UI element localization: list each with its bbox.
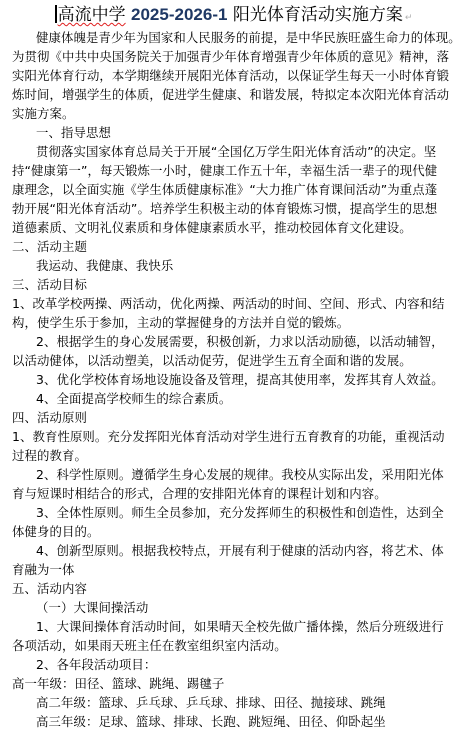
section1-line: 道德素质、文明礼仪素质和身体健康素质水平，推动校园体育文化建设。	[12, 219, 460, 238]
section-heading-principles: 四、活动原则	[12, 409, 460, 428]
intro-line: 实阳光体育行动，本学期继续开展阳光体育活动，以保证学生每天一小时体育锻	[12, 67, 460, 86]
goal-item: 3、优化学校体育场地设施设备及管理，提高其使用率，发挥其育人效益。	[36, 371, 467, 390]
section1-line: 康理念，以全面实施《学生体质健康标准》“大力推广体育课间活动”为重点蓬	[12, 181, 460, 200]
goal-item: 构，使学生乐于参加，主动的掌握健身的方法并自觉的锻炼。	[12, 314, 460, 333]
title-text: 阳光体育活动实施方案	[233, 5, 403, 25]
activity-theme: 我运动、我健康、我快乐	[36, 257, 467, 276]
principle-item: 3、全体性原则。师生全员参加，充分发挥师生的积极性和创造性，达到全	[36, 504, 467, 523]
intro-line: 实施方案。	[12, 105, 460, 124]
goal-item: 以活动健体，以活动塑美，以活动促劳，促进学生五育全面和谐的发展。	[12, 352, 460, 371]
content-line: 1、大课间操体育活动时间，如果晴天全校先做广播体操，然后分班级进行	[36, 618, 467, 637]
section-heading-goals: 三、活动目标	[12, 276, 460, 295]
document-page[interactable]: 高流中学 2025-2026-1 阳光体育活动实施方案↵ 健康体魄是青少年为国家…	[0, 0, 467, 730]
section1-line: 贯彻落实国家体育总局关于开展“全国亿万学生阳光体育活动”的决定。坚	[36, 143, 467, 162]
section1-line: 勃开展“阳光体育活动”。培养学生积极主动的体育锻炼习惯，提高学生的思想	[12, 200, 460, 219]
grade-activities: 高二年级：篮球、乒乓球、乒乓球、排球、田径、抛接球、跳绳	[36, 694, 467, 713]
section-heading-content: 五、活动内容	[12, 580, 460, 599]
content-line: 各项活动，如果雨天班主任在教室组织室内活动。	[12, 637, 460, 656]
subsection-heading-break-exercise: （一）大课间操活动	[36, 599, 467, 618]
principle-item: 育融为一体	[12, 561, 460, 580]
title-school-name: 高流中学	[58, 5, 126, 25]
content-line: 2、各年段活动项目：	[36, 656, 467, 675]
goal-item: 4、全面提高学校师生的综合素质。	[36, 390, 467, 409]
goal-item: 2、根据学生的身心发展需要，积极创新，力求以活动励德，以活动辅智，	[36, 333, 467, 352]
principle-item: 1、教育性原则。充分发挥阳光体育活动对学生进行五育教育的功能，重视活动	[12, 428, 460, 447]
paragraph-mark-icon: ↵	[405, 13, 413, 23]
principle-item: 体健身的目的。	[12, 523, 460, 542]
title-term: 2025-2026-1	[131, 5, 227, 24]
text-cursor	[55, 5, 57, 23]
principle-item: 育与短课时相结合的形式，合理的安排阳光体育的课程计划和内容。	[12, 485, 460, 504]
principle-item: 2、科学性原则。遵循学生身心发展的规律。我校从实际出发，采用阳光体	[36, 466, 467, 485]
document-title: 高流中学 2025-2026-1 阳光体育活动实施方案↵	[0, 4, 467, 29]
section1-line: 持“健康第一”，每天锻炼一小时，健康工作五十年，幸福生活一辈子的现代健	[12, 162, 460, 181]
intro-line: 为贯彻《中共中央国务院关于加强青少年体育增强青少年体质的意见》精神，落	[12, 48, 460, 67]
intro-line: 炼时间，增强学生的体质，促进学生健康、和谐发展，特拟定本次阳光体育活动	[12, 86, 460, 105]
grade-activities: 高一年级：田径、篮球、跳绳、踢毽子	[12, 675, 460, 694]
section-heading-theme: 二、活动主题	[12, 238, 460, 257]
principle-item: 4、创新型原则。根据我校特点，开展有利于健康的活动内容，将艺术、体	[36, 542, 467, 561]
principle-item: 过程的教育。	[12, 447, 460, 466]
section-heading-guiding-ideology: 一、指导思想	[36, 124, 467, 143]
grade-activities: 高三年级：足球、篮球、排球、长跑、跳短绳、田径、仰卧起坐	[36, 713, 467, 730]
intro-line: 健康体魄是青少年为国家和人民服务的前提，是中华民族旺盛生命力的体现。	[36, 29, 467, 48]
goal-item: 1、改革学校两操、两活动，优化两操、两活动的时间、空间、形式、内容和结	[12, 295, 460, 314]
